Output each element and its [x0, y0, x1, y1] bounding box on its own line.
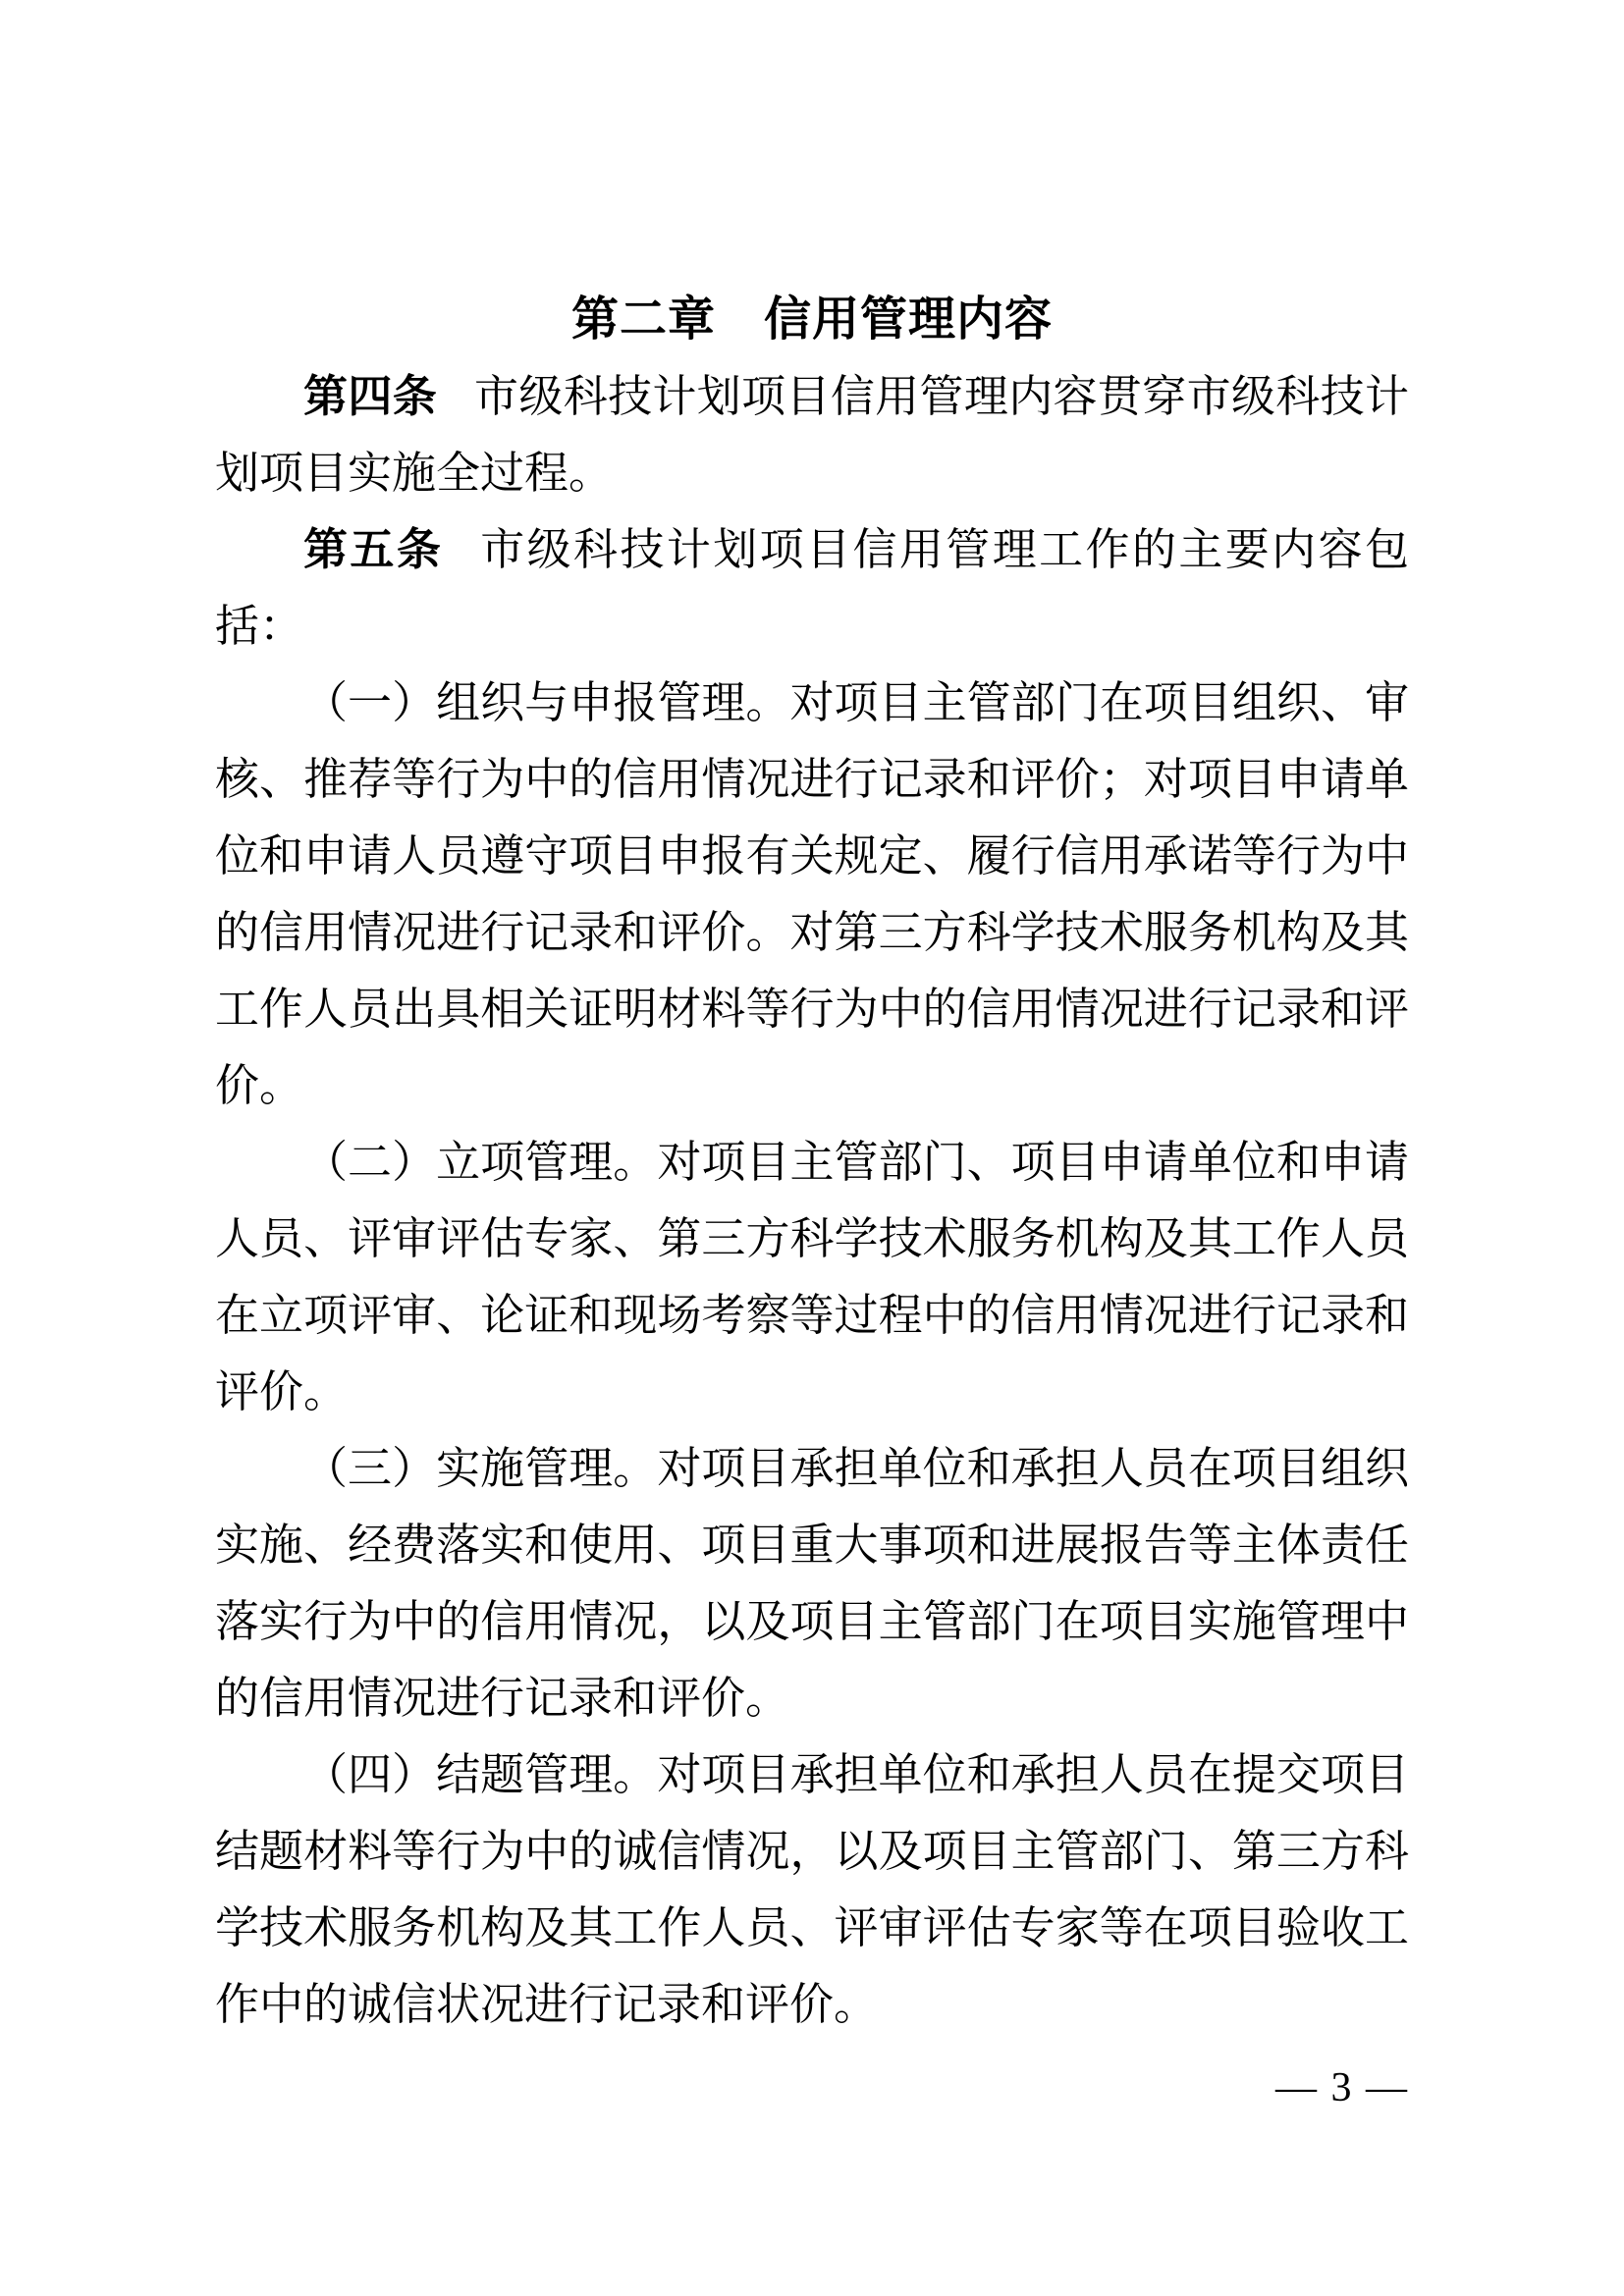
article-4-label: 第四条	[303, 371, 437, 421]
item-2-project-approval-management: （二）立项管理。对项目主管部门、项目申请单位和申请人员、评审评估专家、第三方科学…	[215, 1124, 1409, 1430]
item-4-project-conclusion-management: （四）结题管理。对项目承担单位和承担人员在提交项目结题材料等行为中的诚信情况，以…	[215, 1736, 1409, 2043]
chapter-title: 第二章 信用管理内容	[215, 282, 1409, 358]
article-5-label: 第五条	[303, 524, 443, 574]
document-page: 第二章 信用管理内容 第四条市级科技计划项目信用管理内容贯穿市级科技计划项目实施…	[0, 0, 1624, 2296]
page-number: — 3 —	[1275, 2065, 1409, 2110]
article-4-paragraph: 第四条市级科技计划项目信用管理内容贯穿市级科技计划项目实施全过程。	[215, 358, 1409, 511]
item-3-implementation-management: （三）实施管理。对项目承担单位和承担人员在项目组织实施、经费落实和使用、项目重大…	[215, 1430, 1409, 1736]
page-content: 第二章 信用管理内容 第四条市级科技计划项目信用管理内容贯穿市级科技计划项目实施…	[215, 282, 1409, 2043]
article-5-paragraph: 第五条市级科技计划项目信用管理工作的主要内容包括：	[215, 511, 1409, 665]
item-1-organization-and-application-management: （一）组织与申报管理。对项目主管部门在项目组织、审核、推荐等行为中的信用情况进行…	[215, 665, 1409, 1124]
